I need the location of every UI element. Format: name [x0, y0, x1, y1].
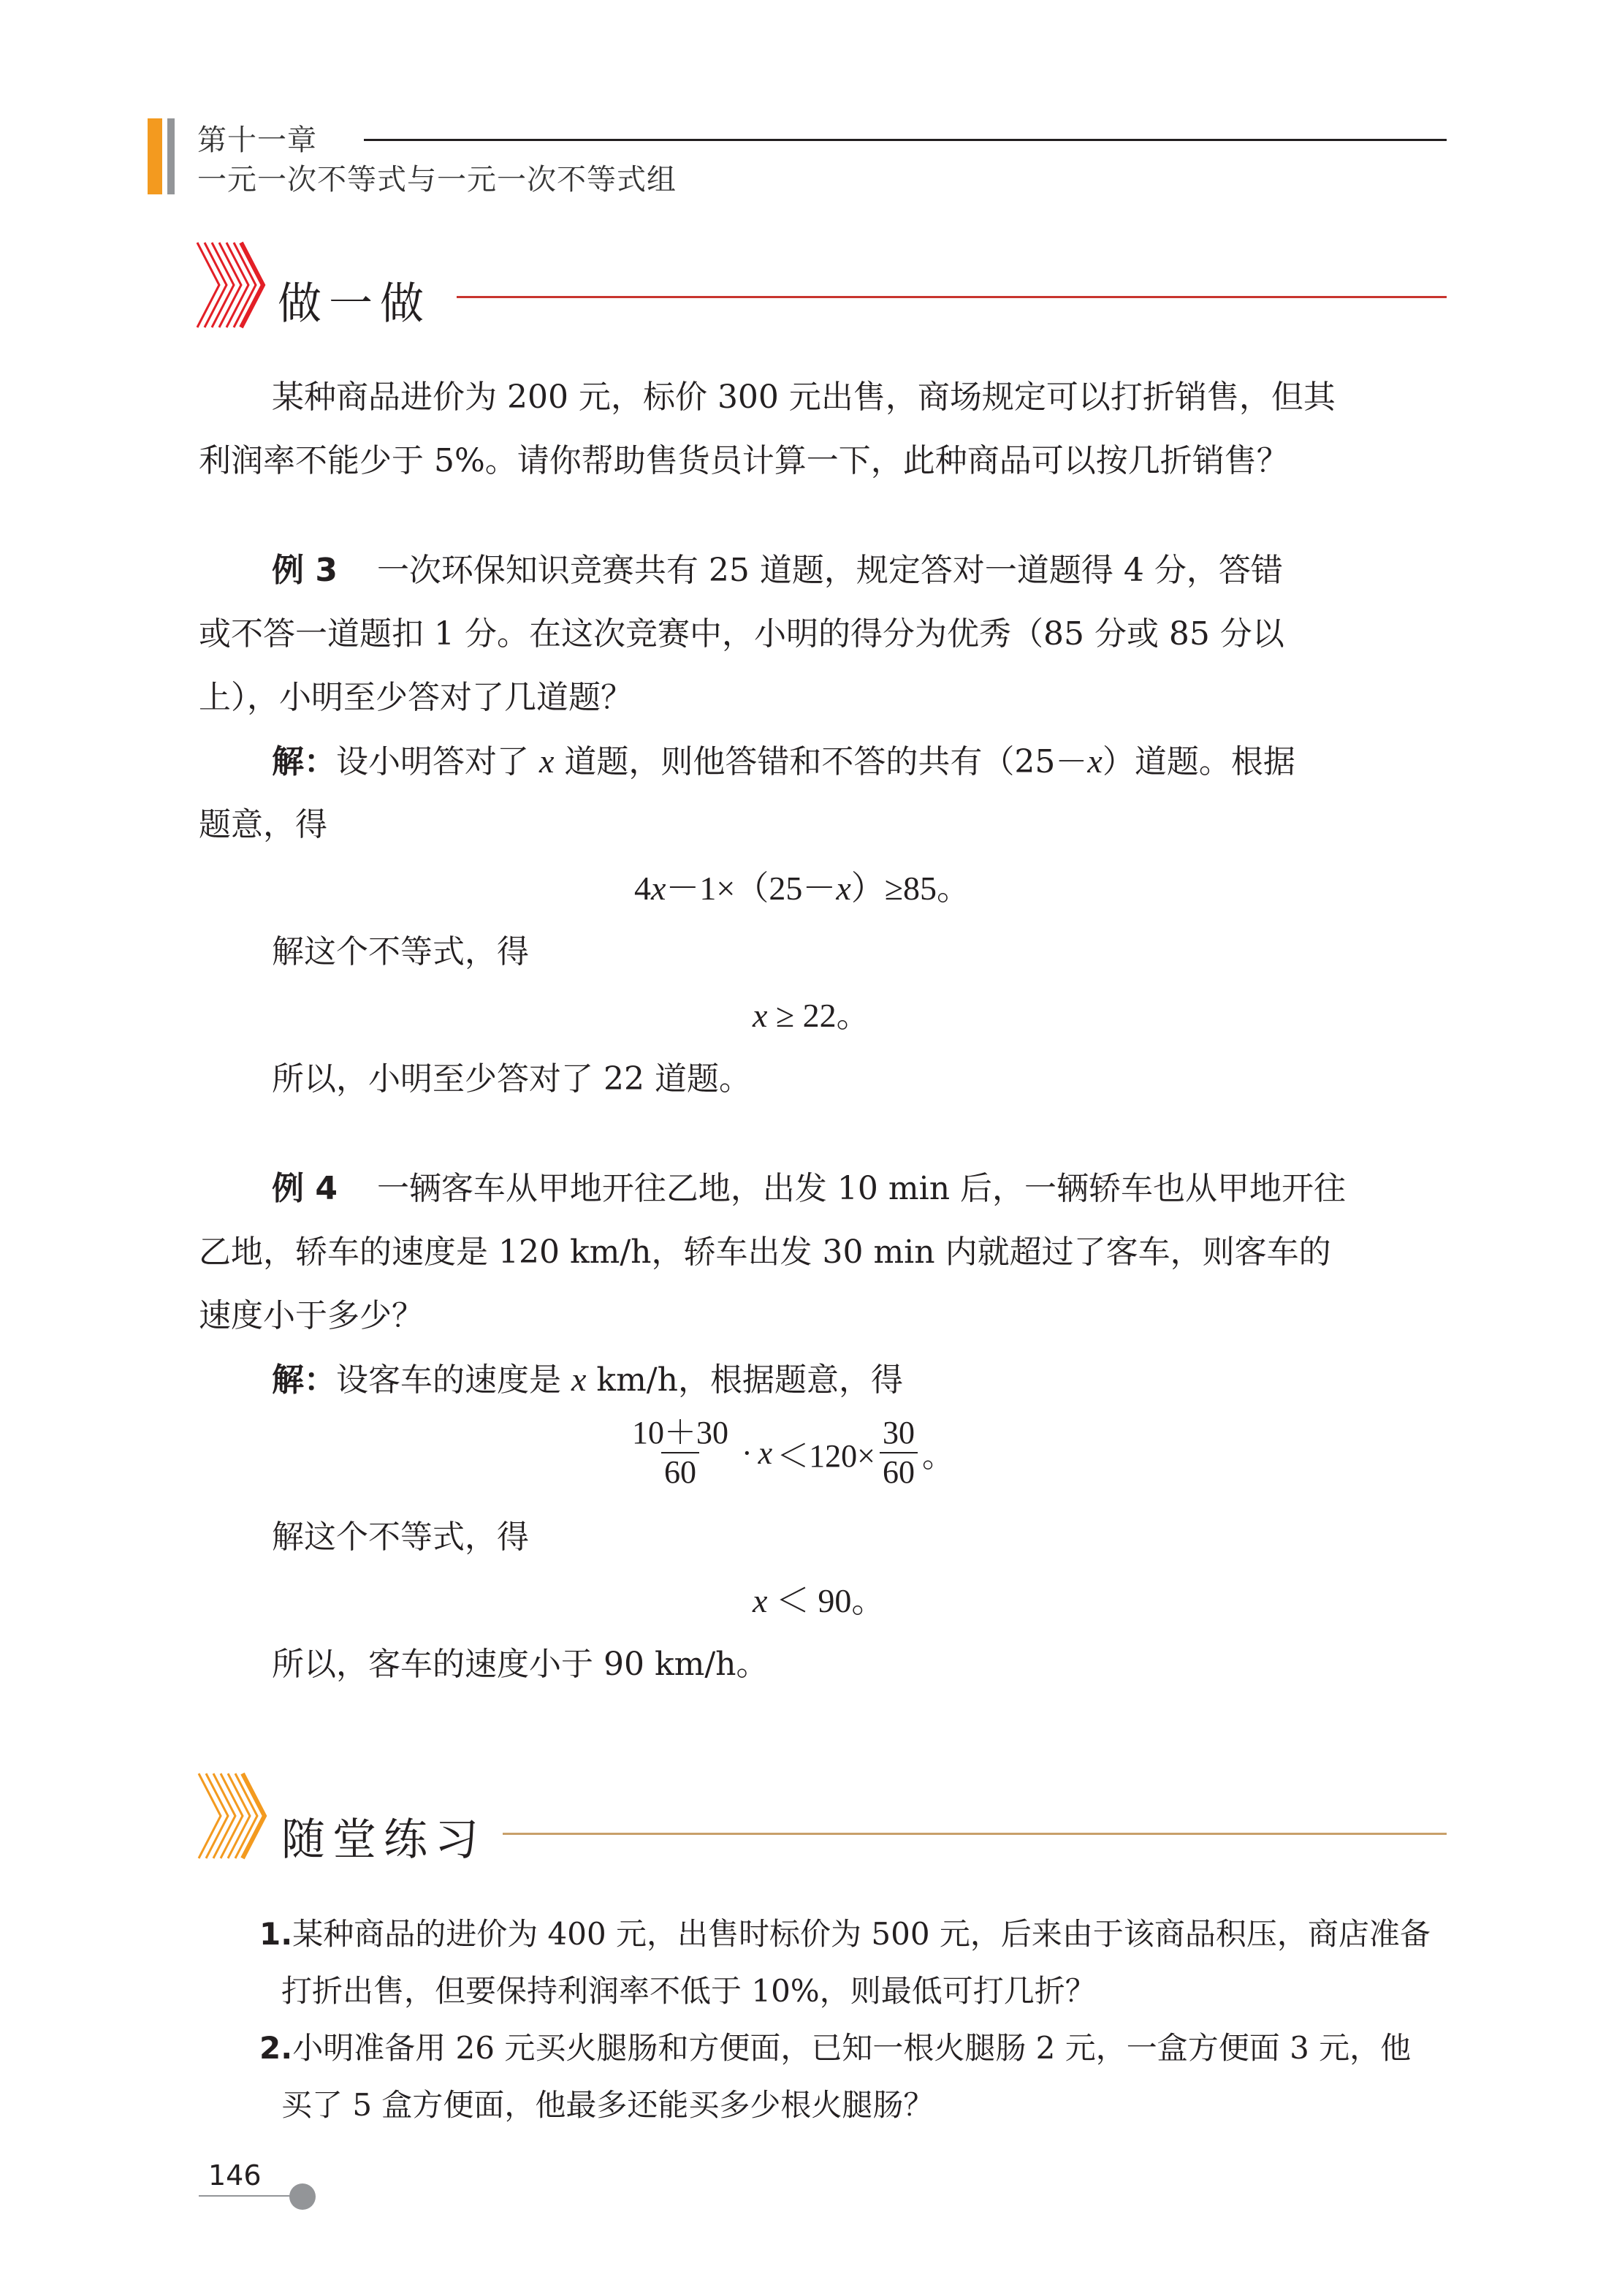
- fraction: 30 60: [880, 1414, 918, 1491]
- header-accent-bar-gray: [167, 118, 175, 194]
- example4-text-1: 一辆客车从甲地开往乙地，出发 10 min 后，一辆轿车也从甲地开往: [377, 1170, 1346, 1207]
- example4-solution-line-1: 解：设客车的速度是 x km/h，根据题意，得: [272, 1347, 903, 1412]
- example3-solution-line-1: 解：设小明答对了 x 道题，则他答错和不答的共有（25－x）道题。根据: [272, 729, 1295, 794]
- example3-solution-line-2: 题意，得: [199, 793, 327, 856]
- math-variable: x: [753, 997, 767, 1034]
- eq-part: ＜120×: [777, 1429, 875, 1476]
- example3-line-3: 上），小明至少答对了几道题？: [199, 666, 633, 729]
- example3-result: x ≥ 22。: [753, 984, 870, 1047]
- try-paragraph-line-1: 某种商品进价为 200 元，标价 300 元出售，商场规定可以打折销售，但其: [272, 365, 1336, 429]
- example4-result: x ＜ 90。: [753, 1569, 885, 1632]
- chevron-stripes-icon: [197, 1772, 274, 1860]
- example4-equation: 10＋30 60 · x ＜120× 30 60 。: [625, 1414, 954, 1491]
- fraction-denominator: 60: [661, 1452, 699, 1491]
- solution-label: 解：: [272, 1361, 336, 1399]
- section-practice-rule: [503, 1833, 1447, 1835]
- header-rule: [364, 139, 1447, 141]
- fraction-denominator: 60: [880, 1452, 918, 1491]
- math-variable: x: [836, 870, 850, 907]
- math-variable: x: [753, 1582, 767, 1619]
- fraction-numerator: 10＋30: [629, 1414, 731, 1452]
- math-variable: x: [1087, 742, 1102, 780]
- eq-part: ≥ 22。: [767, 997, 869, 1034]
- exercise-2-line-2: 买了 5 盒方便面，他最多还能买多少根火腿肠？: [281, 2077, 934, 2134]
- fraction: 10＋30 60: [629, 1414, 731, 1491]
- example3-solve-text: 解这个不等式，得: [272, 920, 529, 984]
- example3-line-1: 例 3一次环保知识竞赛共有 25 道题，规定答对一道题得 4 分，答错: [272, 539, 1283, 602]
- section-try-icon: [196, 241, 273, 332]
- eq-part: ＜ 90。: [767, 1582, 885, 1619]
- eq-part: 。: [922, 1429, 954, 1476]
- math-variable: x: [758, 1434, 773, 1472]
- exercise-number: 1.: [259, 1916, 292, 1952]
- example4-solve-text: 解这个不等式，得: [272, 1505, 529, 1569]
- example3-equation: 4x－1×（25－x）≥85。: [634, 856, 970, 920]
- example3-label: 例 3: [272, 552, 338, 589]
- solution-text: 设小明答对了: [336, 743, 539, 780]
- try-paragraph-line-2: 利润率不能少于 5%。请你帮助售货员计算一下，此种商品可以按几折销售？: [199, 429, 1289, 493]
- section-practice-title: 随堂练习: [281, 1805, 486, 1868]
- page-number: 146: [208, 2159, 262, 2192]
- solution-text: ）道题。根据: [1103, 743, 1295, 780]
- example3-line-2: 或不答一道题扣 1 分。在这次竞赛中，小明的得分为优秀（85 分或 85 分以: [199, 602, 1284, 666]
- section-try-rule: [457, 296, 1447, 298]
- math-variable: x: [571, 1361, 586, 1398]
- example4-conclusion: 所以，客车的速度小于 90 km/h。: [272, 1632, 769, 1696]
- eq-part: －1×（25－: [666, 870, 836, 907]
- exercise-1-line-2: 打折出售，但要保持利润率不低于 10%，则最低可打几折？: [281, 1963, 1096, 2020]
- eq-part: 4: [634, 870, 651, 907]
- fraction-numerator: 30: [880, 1414, 918, 1452]
- solution-text: km/h，根据题意，得: [586, 1361, 903, 1399]
- header-accent-bar-orange: [148, 118, 162, 194]
- exercise-text: 小明准备用 26 元买火腿肠和方便面，已知一根火腿肠 2 元，一盒方便面 3 元…: [292, 2030, 1411, 2066]
- exercise-number: 2.: [259, 2030, 292, 2066]
- solution-text: 设客车的速度是: [336, 1361, 571, 1399]
- example4-line-2: 乙地，轿车的速度是 120 km/h，轿车出发 30 min 内就超过了客车，则…: [199, 1220, 1331, 1284]
- chapter-number: 第十一章: [197, 117, 317, 159]
- example3-conclusion: 所以，小明至少答对了 22 道题。: [272, 1047, 751, 1111]
- page-number-rule: [199, 2195, 294, 2197]
- chevron-stripes-icon: [196, 241, 273, 329]
- example4-line-1: 例 4一辆客车从甲地开往乙地，出发 10 min 后，一辆轿车也从甲地开往: [272, 1157, 1346, 1220]
- exercise-1-line-1: 1.某种商品的进价为 400 元，出售时标价为 500 元，后来由于该商品积压，…: [259, 1906, 1431, 1963]
- math-variable: x: [539, 742, 554, 780]
- exercise-text: 某种商品的进价为 400 元，出售时标价为 500 元，后来由于该商品积压，商店…: [292, 1916, 1431, 1952]
- example3-text-1: 一次环保知识竞赛共有 25 道题，规定答对一道题得 4 分，答错: [377, 552, 1283, 589]
- eq-part: ）≥85。: [851, 870, 970, 907]
- example4-line-3: 速度小于多少？: [199, 1284, 424, 1347]
- chapter-title: 一元一次不等式与一元一次不等式组: [197, 156, 677, 198]
- example4-label: 例 4: [272, 1170, 338, 1207]
- section-practice-icon: [197, 1772, 274, 1863]
- exercise-2-line-1: 2.小明准备用 26 元买火腿肠和方便面，已知一根火腿肠 2 元，一盒方便面 3…: [259, 2020, 1411, 2077]
- math-variable: x: [651, 870, 666, 907]
- section-try-title: 做一做: [278, 269, 431, 332]
- page-dot-icon: [289, 2183, 316, 2210]
- solution-label: 解：: [272, 743, 336, 780]
- eq-part: ·: [742, 1434, 753, 1472]
- solution-text: 道题，则他答错和不答的共有（25－: [554, 743, 1087, 780]
